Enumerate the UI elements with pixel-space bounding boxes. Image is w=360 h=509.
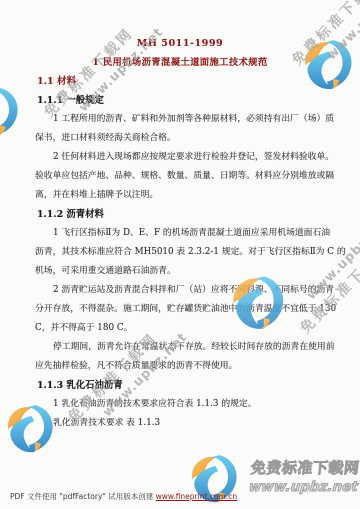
doc-code: MH 5011-1999 (0, 34, 360, 53)
doc-line: 离，并在料堆上插牌予以注明。 (35, 186, 360, 205)
doc-lines: 1.1 材料1.1.1 一般规定1 工程所用的沥青、矿料和外加剂等各种原材料，必… (0, 72, 360, 433)
doc-line: 应先抽样检验，凡不符合质量要求的沥青不得使用。 (35, 357, 360, 376)
doc-line: 1.1.1 一般规定 (37, 91, 360, 110)
doc-line: 沥青，其技术标准应符合 MH5010 表 2.3.2-1 规定。对于飞行区指标Ⅱ… (35, 243, 360, 262)
doc-line: C，并不得高于 180 C。 (35, 319, 360, 338)
document-page: 免费标准下载网 www.upbz.net 免费标准下载网 www.upbz.ne… (0, 0, 360, 509)
doc-line: 1 工程所用的沥青、矿料和外加剂等各种原材料，必须持有出厂（场）质 (53, 110, 360, 129)
watermark-bottom-right: 免费标准下载网 www.upbz.net (248, 458, 360, 496)
fineprint-link[interactable]: www.fineprint.com.cn (156, 492, 237, 501)
doc-line: 1 飞行区指标Ⅱ为 D、E、F 的机场沥青混凝土道面应采用机场道面石油 (53, 224, 360, 243)
doc-line: 1 乳化石油沥青的技术要求应符合表 1.1.3 的规定。 (53, 395, 360, 414)
footer-text: PDF 文件使用 "pdfFactory" 试用版本创建 (10, 492, 156, 501)
doc-title: 1 民用机场沥青混凝土道面施工技术规范 (0, 53, 360, 72)
doc-line: 验收单应包括产地、品种、规格、数量、质量、日期等。材料应分别堆放或隔 (35, 167, 360, 186)
doc-line: 机场，可采用重交通道路石油沥青。 (35, 262, 360, 281)
document-body: MH 5011-1999 1 民用机场沥青混凝土道面施工技术规范 1.1 材料1… (0, 34, 360, 433)
doc-line: 保书，进口材料须经海关商检合格。 (35, 129, 360, 148)
watermark-site-url: www.upbz.net (248, 479, 359, 496)
doc-line: 1.1.2 沥青材料 (37, 205, 360, 224)
doc-line: 停工期间，沥青允许在常温状态下存放。经较长时间存放的沥青在使用前 (53, 338, 360, 357)
footer-note: PDF 文件使用 "pdfFactory" 试用版本创建 www.finepri… (10, 491, 237, 502)
doc-line: 分开存放，不得混杂。施工期间，贮存罐货贮油池中的沥青温度不宜低于 130 (35, 300, 360, 319)
doc-line: 1.1 材料 (37, 72, 360, 91)
doc-line: 1.1.3 乳化石油沥青 (37, 376, 360, 395)
watermark-site-name: 免费标准下载网 (250, 458, 360, 479)
doc-line: 乳化沥青技术要求 表 1.1.3 (53, 414, 360, 433)
doc-line: 2 沥青贮运站及沥青混合料拌和厂（站）应将不同料源、不同标号的沥青 (53, 281, 360, 300)
doc-line: 2 任何材料进入现场都应按规定要求进行检验并登记，签发材料验收单。 (53, 148, 360, 167)
